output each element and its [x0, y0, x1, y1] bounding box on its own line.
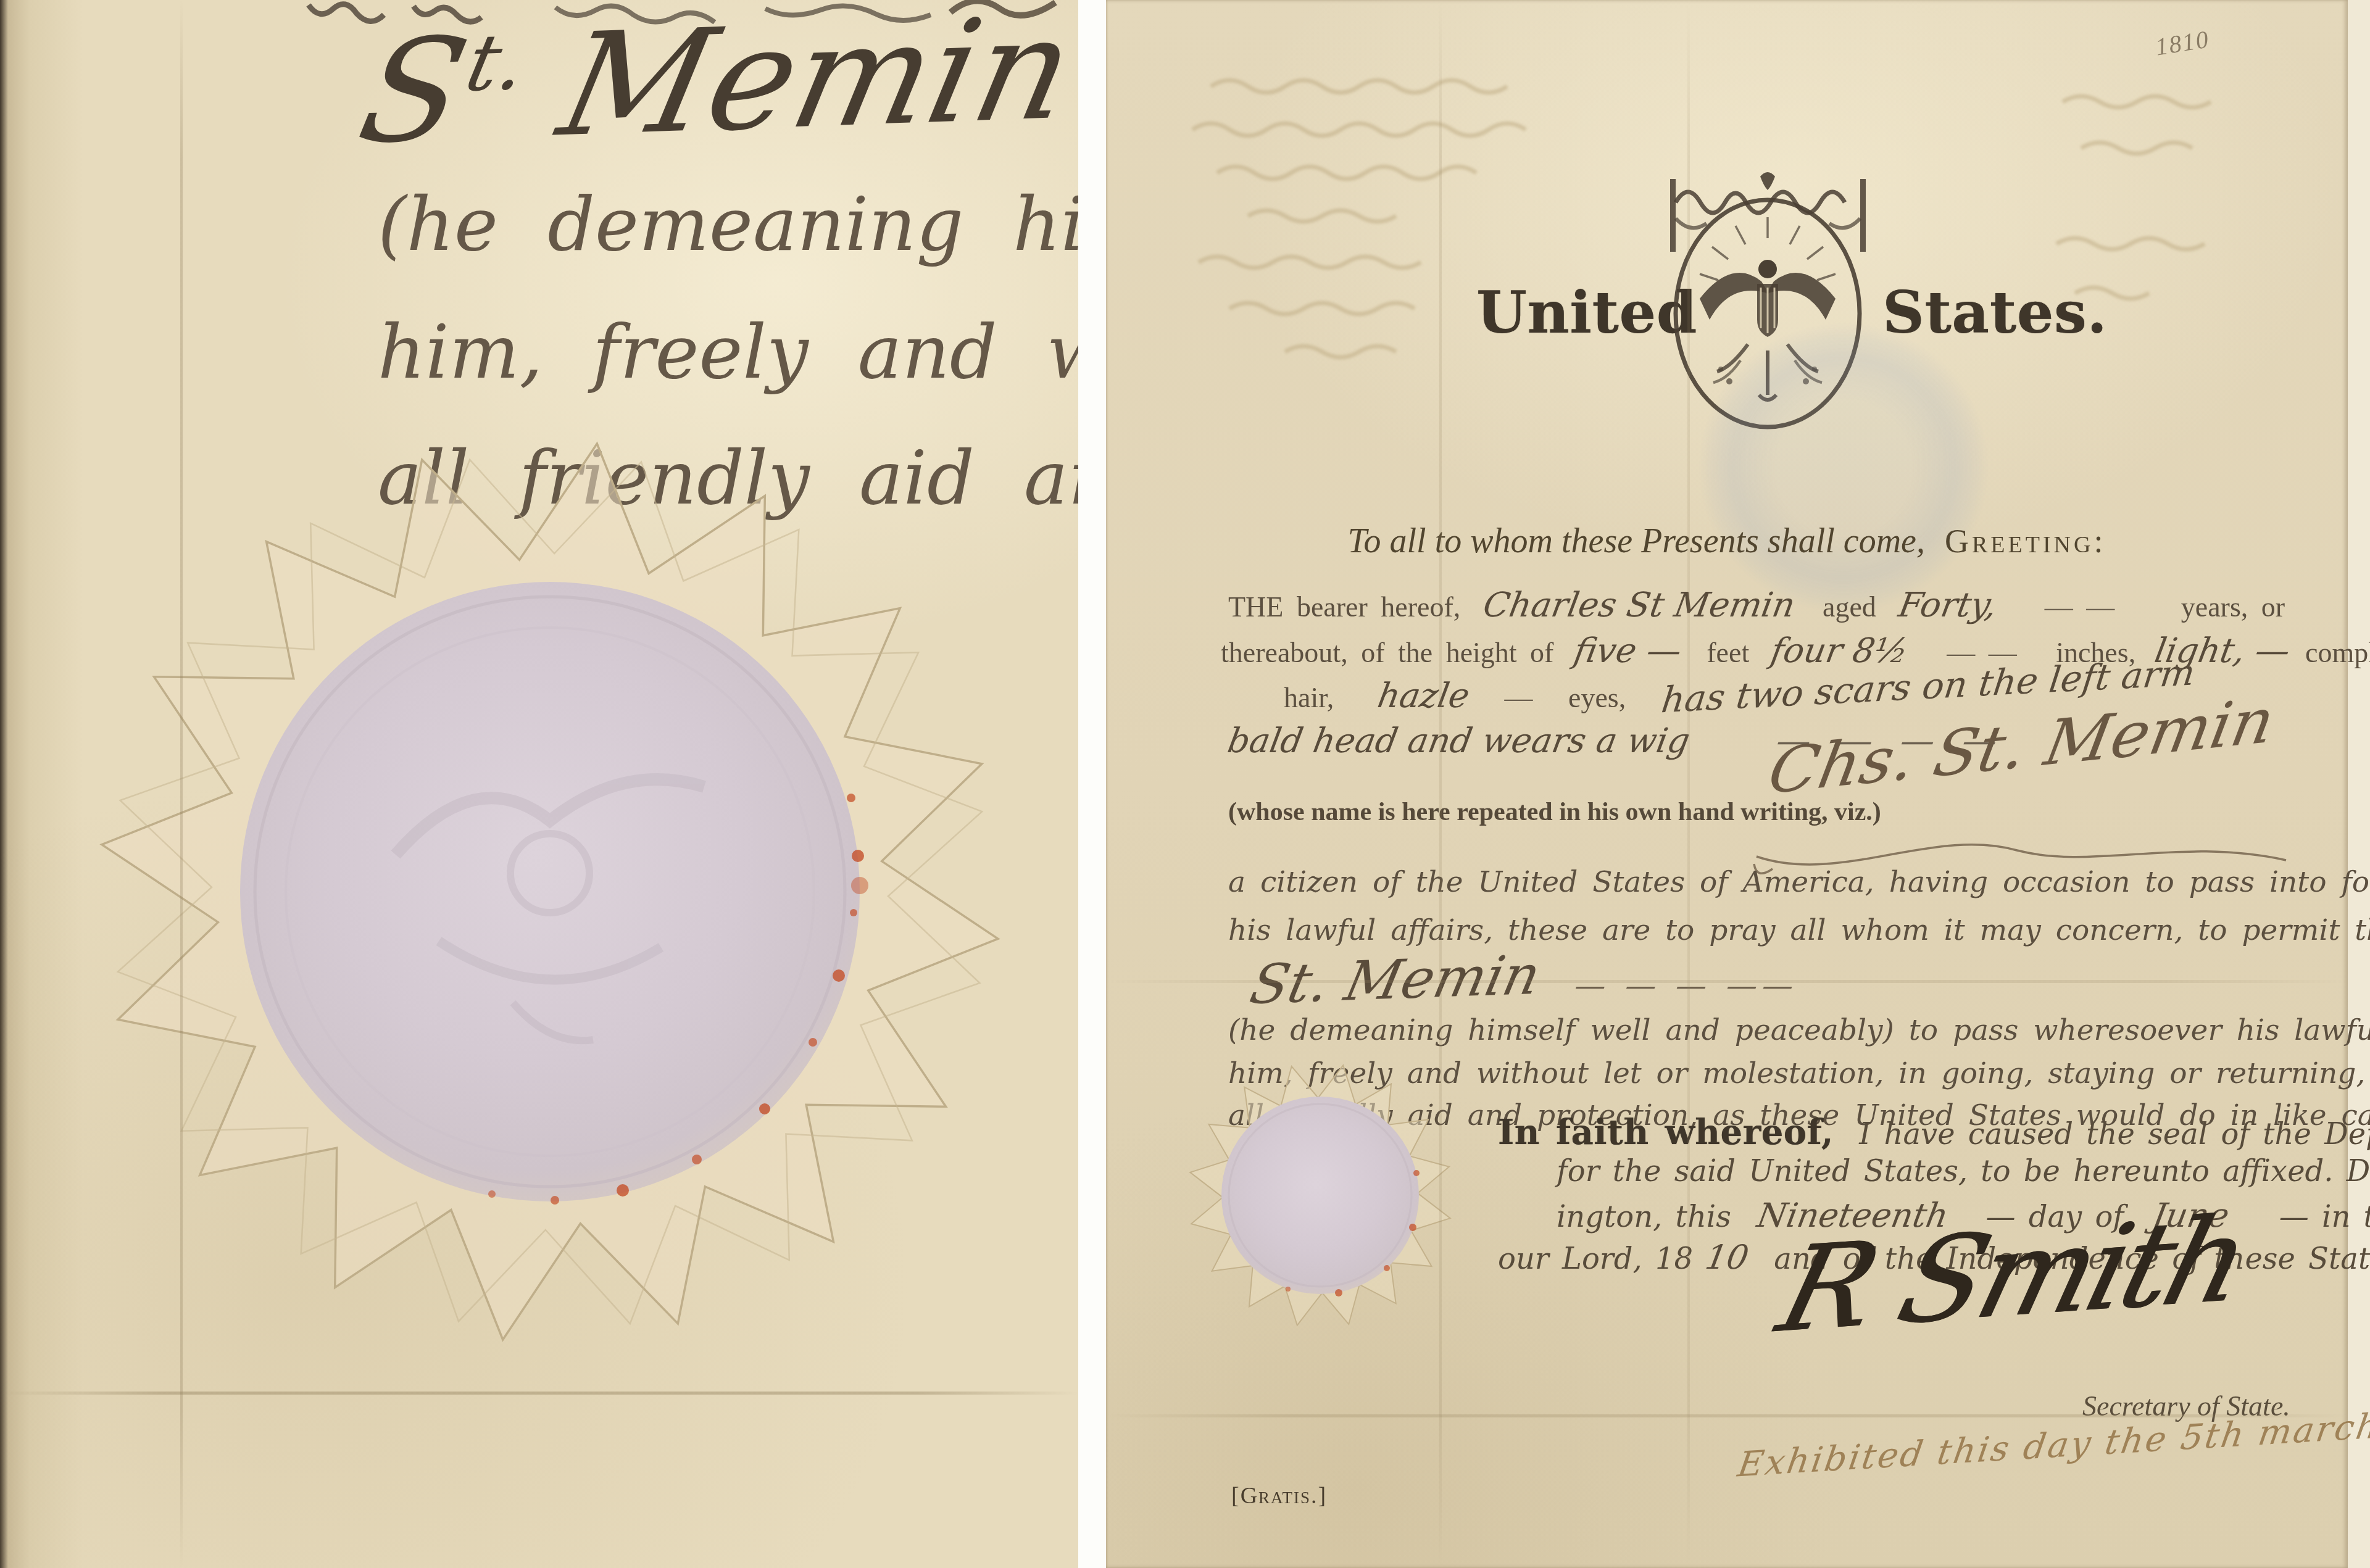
filler-dashes: — —: [2045, 591, 2115, 623]
print-years-or: years, or: [2181, 591, 2285, 623]
print-our-lord: our Lord, 18: [1498, 1242, 1693, 1276]
hand-year-digits: 10: [1703, 1238, 1752, 1277]
vertical-fold-crease: [180, 0, 183, 1568]
print-complexion: complexion,: [2305, 637, 2370, 668]
greeting-caps: Greeting:: [1945, 523, 2106, 560]
gratis-note: [Gratis.]: [1231, 1482, 1327, 1509]
bearer-line-1: THE bearer hereof, Charles St Memin aged…: [1228, 585, 2240, 624]
vertical-fold-crease: [1439, 0, 1442, 1568]
embossed-sunburst-seal-large: [91, 431, 1008, 1353]
passport-page: 1810 United States.: [1106, 0, 2348, 1568]
vertical-fold-crease: [1687, 0, 1690, 1568]
seal-disc: [1221, 1097, 1419, 1294]
detail-printed-line-1: (he demeaning himself: [378, 182, 1078, 268]
greeting-italic: To all to whom these Presents shall come…: [1348, 522, 1925, 560]
exhibited-docket-note: Exhibited this day the 5th march: [1735, 1406, 2370, 1485]
horizontal-fold-crease: [1106, 980, 2348, 983]
print-aged: aged: [1823, 591, 1876, 623]
hand-age: Forty,: [1896, 585, 2000, 624]
print-year-of: — in the year of: [2279, 1200, 2370, 1234]
print-ington-this: ington, this: [1557, 1200, 1731, 1234]
print-hair: hair,: [1284, 682, 1334, 713]
citizen-line-1: a citizen of the United States of Americ…: [1228, 865, 2240, 899]
right-document-panel: 1810 United States.: [1106, 0, 2370, 1568]
left-detail-panel: St. Memin (he demeaning himself him, fre…: [0, 0, 1078, 1568]
detail-printed-line-2: him, freely and without: [378, 310, 1078, 396]
faith-line-1-italic: I have caused the seal of the Department…: [1859, 1117, 2370, 1151]
print-height-of: thereabout, of the height of: [1221, 637, 1553, 668]
panel-divider-gap: [1078, 0, 1106, 1568]
hand-eye-colour: hazle: [1374, 676, 1473, 715]
faith-line-1: In faith whereof, I have caused the seal…: [1498, 1112, 2370, 1153]
demeaning-line-1: (he demeaning himself well and peaceably…: [1228, 1013, 2240, 1047]
faint-blue-stamp-ghost: [1702, 326, 1985, 610]
pencil-year-note: 1810: [2153, 24, 2211, 61]
hand-st-memin-dashes: — — — ——: [1572, 968, 1802, 1003]
signature-initial: S: [347, 7, 480, 175]
detail-signature-st-memin: St. Memin: [347, 0, 1078, 175]
citizen-line-2: his lawful affairs, these are to pray al…: [1228, 908, 2240, 948]
citizen-line-2-print: his lawful affairs, these are to pray al…: [1228, 913, 2370, 947]
print-the-bearer: THE bearer hereof,: [1228, 591, 1460, 623]
hand-feet: five —: [1571, 631, 1684, 670]
horizontal-fold-crease: [1106, 1414, 2348, 1417]
hand-inches: four 8½: [1768, 631, 1911, 670]
blackletter-in-faith: In faith whereof,: [1498, 1112, 1834, 1153]
horizontal-fold-crease: [0, 1392, 1078, 1395]
signature-surname: Memin: [502, 0, 1078, 170]
print-eyes: eyes,: [1568, 682, 1626, 713]
hand-bald-head: bald head and wears a wig: [1224, 721, 1692, 760]
greeting-line: To all to whom these Presents shall come…: [1106, 521, 2348, 561]
hand-name: Charles St Memin: [1480, 585, 1798, 624]
masthead-states: States.: [1882, 279, 2108, 347]
filler-dash: —: [1505, 682, 1533, 713]
faith-line-2: for the said United States, to be hereun…: [1557, 1154, 2370, 1188]
print-feet: feet: [1707, 637, 1749, 668]
embossed-sunburst-seal-small: [1181, 1056, 1459, 1334]
